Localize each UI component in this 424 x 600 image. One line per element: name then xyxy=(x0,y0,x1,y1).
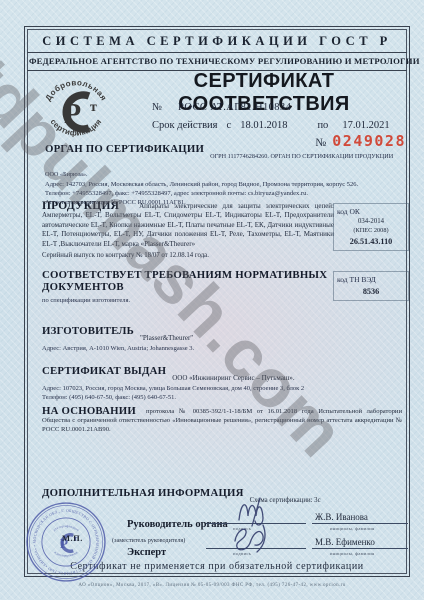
expert-name: М.В. Ефименко xyxy=(312,536,408,549)
validity-from-preposition: с xyxy=(227,120,232,131)
issued-to-section: СЕРТИФИКАТ ВЫДАН ООО «Инжиниринг Сервис … xyxy=(42,367,382,403)
certification-body-contacts: Телефон: +74955328497, факс: +7495532849… xyxy=(45,190,407,199)
number-sign: № xyxy=(152,102,162,113)
tnved-code-label: код ТН ВЭД xyxy=(337,275,405,284)
printing-house-imprint: АО «Опцион», Москва, 2017, «В». Лицензия… xyxy=(0,583,424,588)
valid-from-date: 18.01.2018 xyxy=(240,120,287,131)
logo-letter-t: т xyxy=(90,100,97,115)
ok-code-kpes: (КПЕС 2008) xyxy=(337,227,405,234)
manufacturer-label: ИЗГОТОВИТЕЛЬ xyxy=(42,327,134,336)
valid-to-date: 17.01.2021 xyxy=(342,120,389,131)
stamp-inner-top-text: для сертификации xyxy=(52,524,80,532)
issued-to-address: Адрес: 107023, Россия, город Москва, ули… xyxy=(42,385,382,394)
issued-to-label: СЕРТИФИКАТ ВЫДАН xyxy=(42,367,166,376)
certificate-page: СИСТЕМА СЕРТИФИКАЦИИ ГОСТ Р ФЕДЕРАЛЬНОЕ … xyxy=(0,0,424,600)
certification-body-address: Адрес: 142703, Россия, Московская област… xyxy=(45,181,407,190)
name-caption: инициалы, фамилия xyxy=(330,526,374,531)
certificate-number-line: №РОСС AT.АГ81.Н10834 xyxy=(152,102,291,113)
deputy-note: (заместитель руководителя) xyxy=(112,537,185,544)
header-box: СИСТЕМА СЕРТИФИКАЦИИ ГОСТ Р ФЕДЕРАЛЬНОЕ … xyxy=(27,29,407,71)
validity-label: Срок действия xyxy=(152,120,218,131)
certification-body-section: ОРГАН ПО СЕРТИФИКАЦИИ ОГРН 1117746284260… xyxy=(45,145,407,207)
tnved-code-box: код ТН ВЭД 8536 xyxy=(333,271,409,301)
product-description: ПРОДУКЦИЯАппараты электрические для защи… xyxy=(42,202,334,249)
manufacturer-section: ИЗГОТОВИТЕЛЬ "Plasser&Theurer" Адрес: Ав… xyxy=(42,327,352,354)
name-caption: инициалы, фамилия xyxy=(330,551,374,556)
basis-label: НА ОСНОВАНИИ xyxy=(42,407,136,416)
ok-code-box: код ОК 034-2014 (КПЕС 2008) 26.51.43.110 xyxy=(333,203,409,251)
issued-to-name: ООО «Инжиниринг Сервис – Путьмаш». xyxy=(172,374,294,382)
manufacturer-name: "Plasser&Theurer" xyxy=(140,334,193,342)
conformity-section: СООТВЕТСТВУЕТ ТРЕБОВАНИЯМ НОРМАТИВНЫХ ДО… xyxy=(42,269,342,306)
product-label: ПРОДУКЦИЯ xyxy=(42,202,119,211)
svg-text:для сертификации: для сертификации xyxy=(52,524,80,532)
rst-voluntary-certification-logo-icon: Добровольная Р т сертификация xyxy=(34,70,118,146)
validity-line: Срок действияс18.01.2018по17.01.2021 xyxy=(152,120,390,131)
certificate-number: РОСС AT.АГ81.Н10834 xyxy=(178,102,291,113)
manufacturer-address: Адрес: Австрия, A-1010 Wien, Austria; Jo… xyxy=(42,345,352,354)
conformity-label: СООТВЕТСТВУЕТ ТРЕБОВАНИЯМ НОРМАТИВНЫХ ДО… xyxy=(42,269,342,293)
ok-code-standard: 034-2014 xyxy=(337,218,405,225)
tnved-code-value: 8536 xyxy=(337,287,405,296)
head-name: Ж.В. Иванова xyxy=(312,511,408,524)
expert-signature-icon xyxy=(205,519,305,553)
product-section: ПРОДУКЦИЯАппараты электрические для защи… xyxy=(42,202,334,259)
basis-section: НА ОСНОВАНИИпротокола № 00385-392/1-1-18… xyxy=(42,407,402,435)
system-title: СИСТЕМА СЕРТИФИКАЦИИ ГОСТ Р xyxy=(27,29,407,49)
issued-to-contacts: Телефон: (495) 640-67-50, факс: (495) 64… xyxy=(42,394,382,403)
conformity-text: по спецификации изготовителя. xyxy=(42,297,342,306)
certification-body-label: ОРГАН ПО СЕРТИФИКАЦИИ xyxy=(45,145,204,154)
validity-to-preposition: по xyxy=(317,120,328,131)
certification-body-intro: ОГРН 1117746284260. ОРГАН ПО СЕРТИФИКАЦИ… xyxy=(45,153,393,178)
ok-code-label: код ОК xyxy=(337,207,405,216)
basis-paragraph: НА ОСНОВАНИИпротокола № 00385-392/1-1-18… xyxy=(42,407,402,435)
agency-title: ФЕДЕРАЛЬНОЕ АГЕНТСТВО ПО ТЕХНИЧЕСКОМУ РЕ… xyxy=(27,53,407,70)
stamp-place-label: М.П. xyxy=(62,533,83,543)
ok-code-value: 26.51.43.110 xyxy=(337,237,405,246)
expert-label: Эксперт xyxy=(127,547,166,558)
logo-letter-r: Р xyxy=(64,99,81,130)
product-serial-line: Серийный выпуск по контракту № 18/07 от … xyxy=(42,252,334,259)
